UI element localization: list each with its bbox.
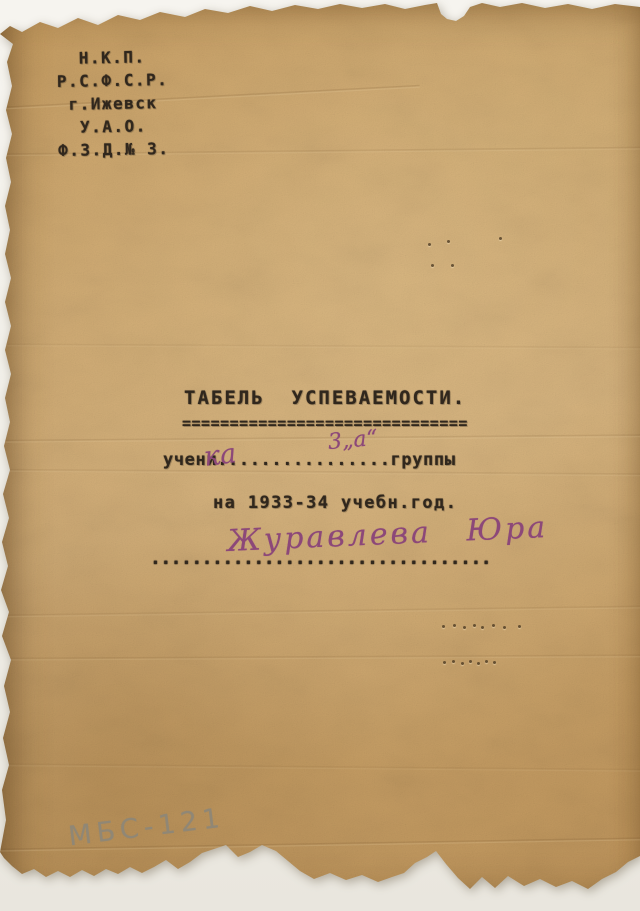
paper-crease (0, 763, 640, 772)
letterhead-line: Н.К.П. (55, 45, 169, 70)
letterhead-block: Н.К.П. Р.С.Ф.С.Р. г.Ижевск У.А.О. Ф.З.Д.… (55, 45, 171, 162)
pinhole (481, 626, 484, 629)
pinhole (461, 662, 464, 665)
pinhole (428, 243, 431, 246)
pinhole (451, 264, 454, 267)
paper-crease (0, 434, 640, 443)
pinhole (452, 660, 455, 663)
pinhole (499, 237, 502, 240)
name-dotted-rule: ................................. (150, 548, 491, 569)
letterhead-line: У.А.О. (56, 114, 170, 139)
paper-shadow-wrap: Н.К.П. Р.С.Ф.С.Р. г.Ижевск У.А.О. Ф.З.Д.… (0, 0, 640, 911)
pinhole (442, 625, 445, 628)
title-underline: ============================== (182, 414, 468, 432)
paper-crease (0, 605, 640, 617)
paper-crease (0, 343, 640, 349)
student-line-suffix: группы (391, 450, 456, 470)
paper-sheet: Н.К.П. Р.С.Ф.С.Р. г.Ижевск У.А.О. Ф.З.Д.… (0, 0, 640, 911)
handwritten-group-number: 3„а“ (327, 426, 379, 455)
pinhole (473, 624, 476, 627)
letterhead-line: Р.С.Ф.С.Р. (55, 68, 169, 93)
pinhole (463, 626, 466, 629)
pinhole (447, 240, 450, 243)
student-line-dots: ................ (217, 450, 390, 470)
pinhole (485, 660, 488, 663)
pinhole (453, 624, 456, 627)
paper-crease (0, 654, 640, 660)
letterhead-line: Ф.З.Д.№ 3. (57, 137, 171, 162)
scanned-document: Н.К.П. Р.С.Ф.С.Р. г.Ижевск У.А.О. Ф.З.Д.… (0, 0, 640, 911)
letterhead-line: г.Ижевск (56, 91, 170, 116)
handwritten-word-ending: ка (202, 438, 238, 473)
pinhole (477, 662, 480, 665)
pinhole (503, 626, 506, 629)
document-title: ТАБЕЛЬ УСПЕВАЕМОСТИ. (184, 387, 466, 409)
school-year-line: на 1933-34 учебн.год. (213, 493, 457, 513)
archive-code-pencil: МБС-121 (67, 803, 227, 853)
pinhole (518, 625, 521, 628)
pinhole (443, 661, 446, 664)
pinhole (492, 624, 495, 627)
pinhole (493, 661, 496, 664)
pinhole (469, 660, 472, 663)
pinhole (431, 264, 434, 267)
